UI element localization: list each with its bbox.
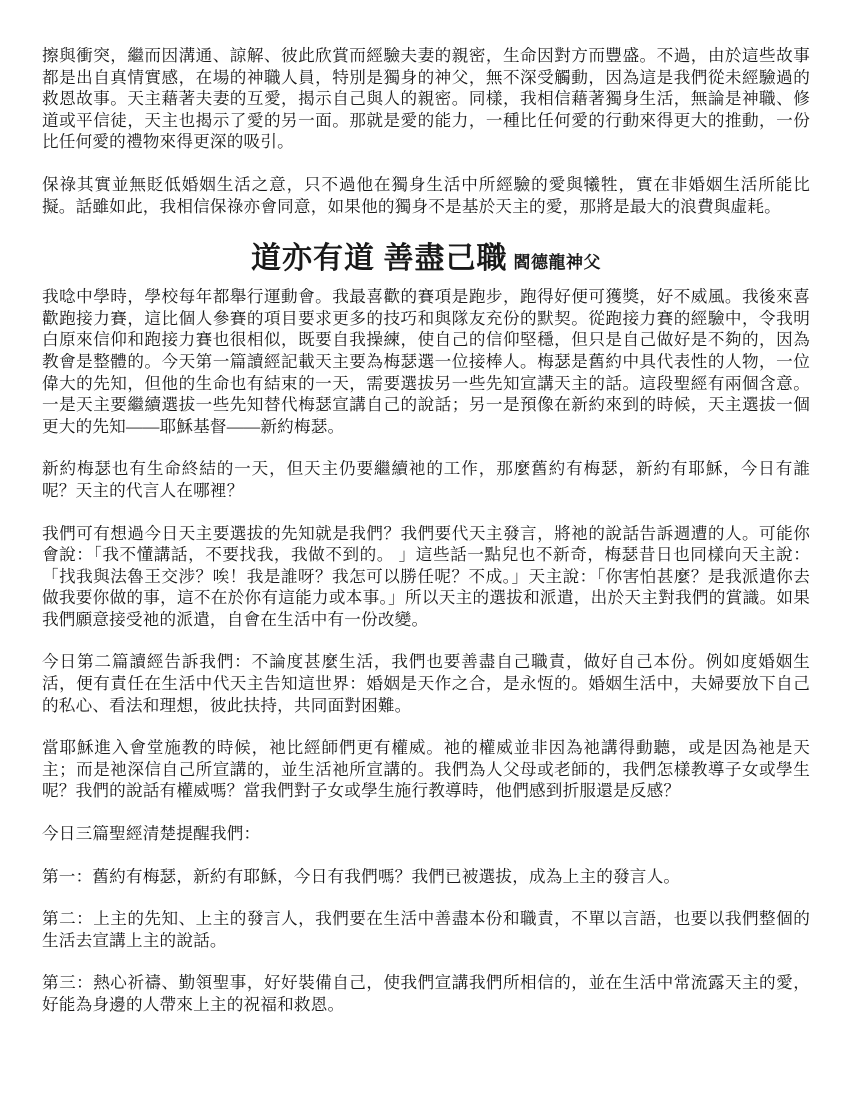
article-author: 閻德龍神父 bbox=[514, 253, 602, 272]
article-title: 道亦有道 善盡己職閻德龍神父 bbox=[42, 238, 810, 282]
article-title-text: 道亦有道 善盡己職 bbox=[251, 242, 508, 275]
body-paragraph-6: 今日三篇聖經清楚提醒我們： bbox=[42, 823, 810, 845]
intro-paragraph-1: 擦與衝突，繼而因溝通、諒解、彼此欣賞而經驗夫妻的親密，生命因對方而豐盛。不過，由… bbox=[42, 45, 810, 153]
intro-paragraph-2: 保祿其實並無貶低婚姻生活之意，只不過他在獨身生活中所經驗的愛與犧牲，實在非婚姻生… bbox=[42, 174, 810, 217]
body-paragraph-2: 新約梅瑟也有生命終結的一天，但天主仍要繼續祂的工作，那麼舊約有梅瑟，新約有耶穌，… bbox=[42, 458, 810, 501]
body-paragraph-1: 我唸中學時，學校每年都舉行運動會。我最喜歡的賽項是跑步，跑得好便可獲獎，好不威風… bbox=[42, 286, 810, 437]
body-paragraph-point-3: 第三：熱心祈禱、勤領聖事，好好裝備自己，使我們宣講我們所相信的，並在生活中常流露… bbox=[42, 972, 810, 1015]
body-paragraph-3: 我們可有想過今日天主要選拔的先知就是我們？我們要代天主發言，將祂的說話告訴週遭的… bbox=[42, 523, 810, 631]
body-paragraph-5: 當耶穌進入會堂施教的時候，祂比經師們更有權威。祂的權威並非因為祂講得動聽，或是因… bbox=[42, 737, 810, 802]
body-paragraph-point-2: 第二：上主的先知、上主的發言人，我們要在生活中善盡本份和職責，不單以言語，也要以… bbox=[42, 908, 810, 951]
body-paragraph-4: 今日第二篇讀經告訴我們：不論度甚麼生活，我們也要善盡自己職責，做好自己本份。例如… bbox=[42, 651, 810, 716]
document-page: 擦與衝突，繼而因溝通、諒解、彼此欣賞而經驗夫妻的親密，生命因對方而豐盛。不過，由… bbox=[0, 0, 850, 1100]
body-paragraph-point-1: 第一：舊約有梅瑟，新約有耶穌，今日有我們嗎？我們已被選拔，成為上主的發言人。 bbox=[42, 866, 810, 888]
